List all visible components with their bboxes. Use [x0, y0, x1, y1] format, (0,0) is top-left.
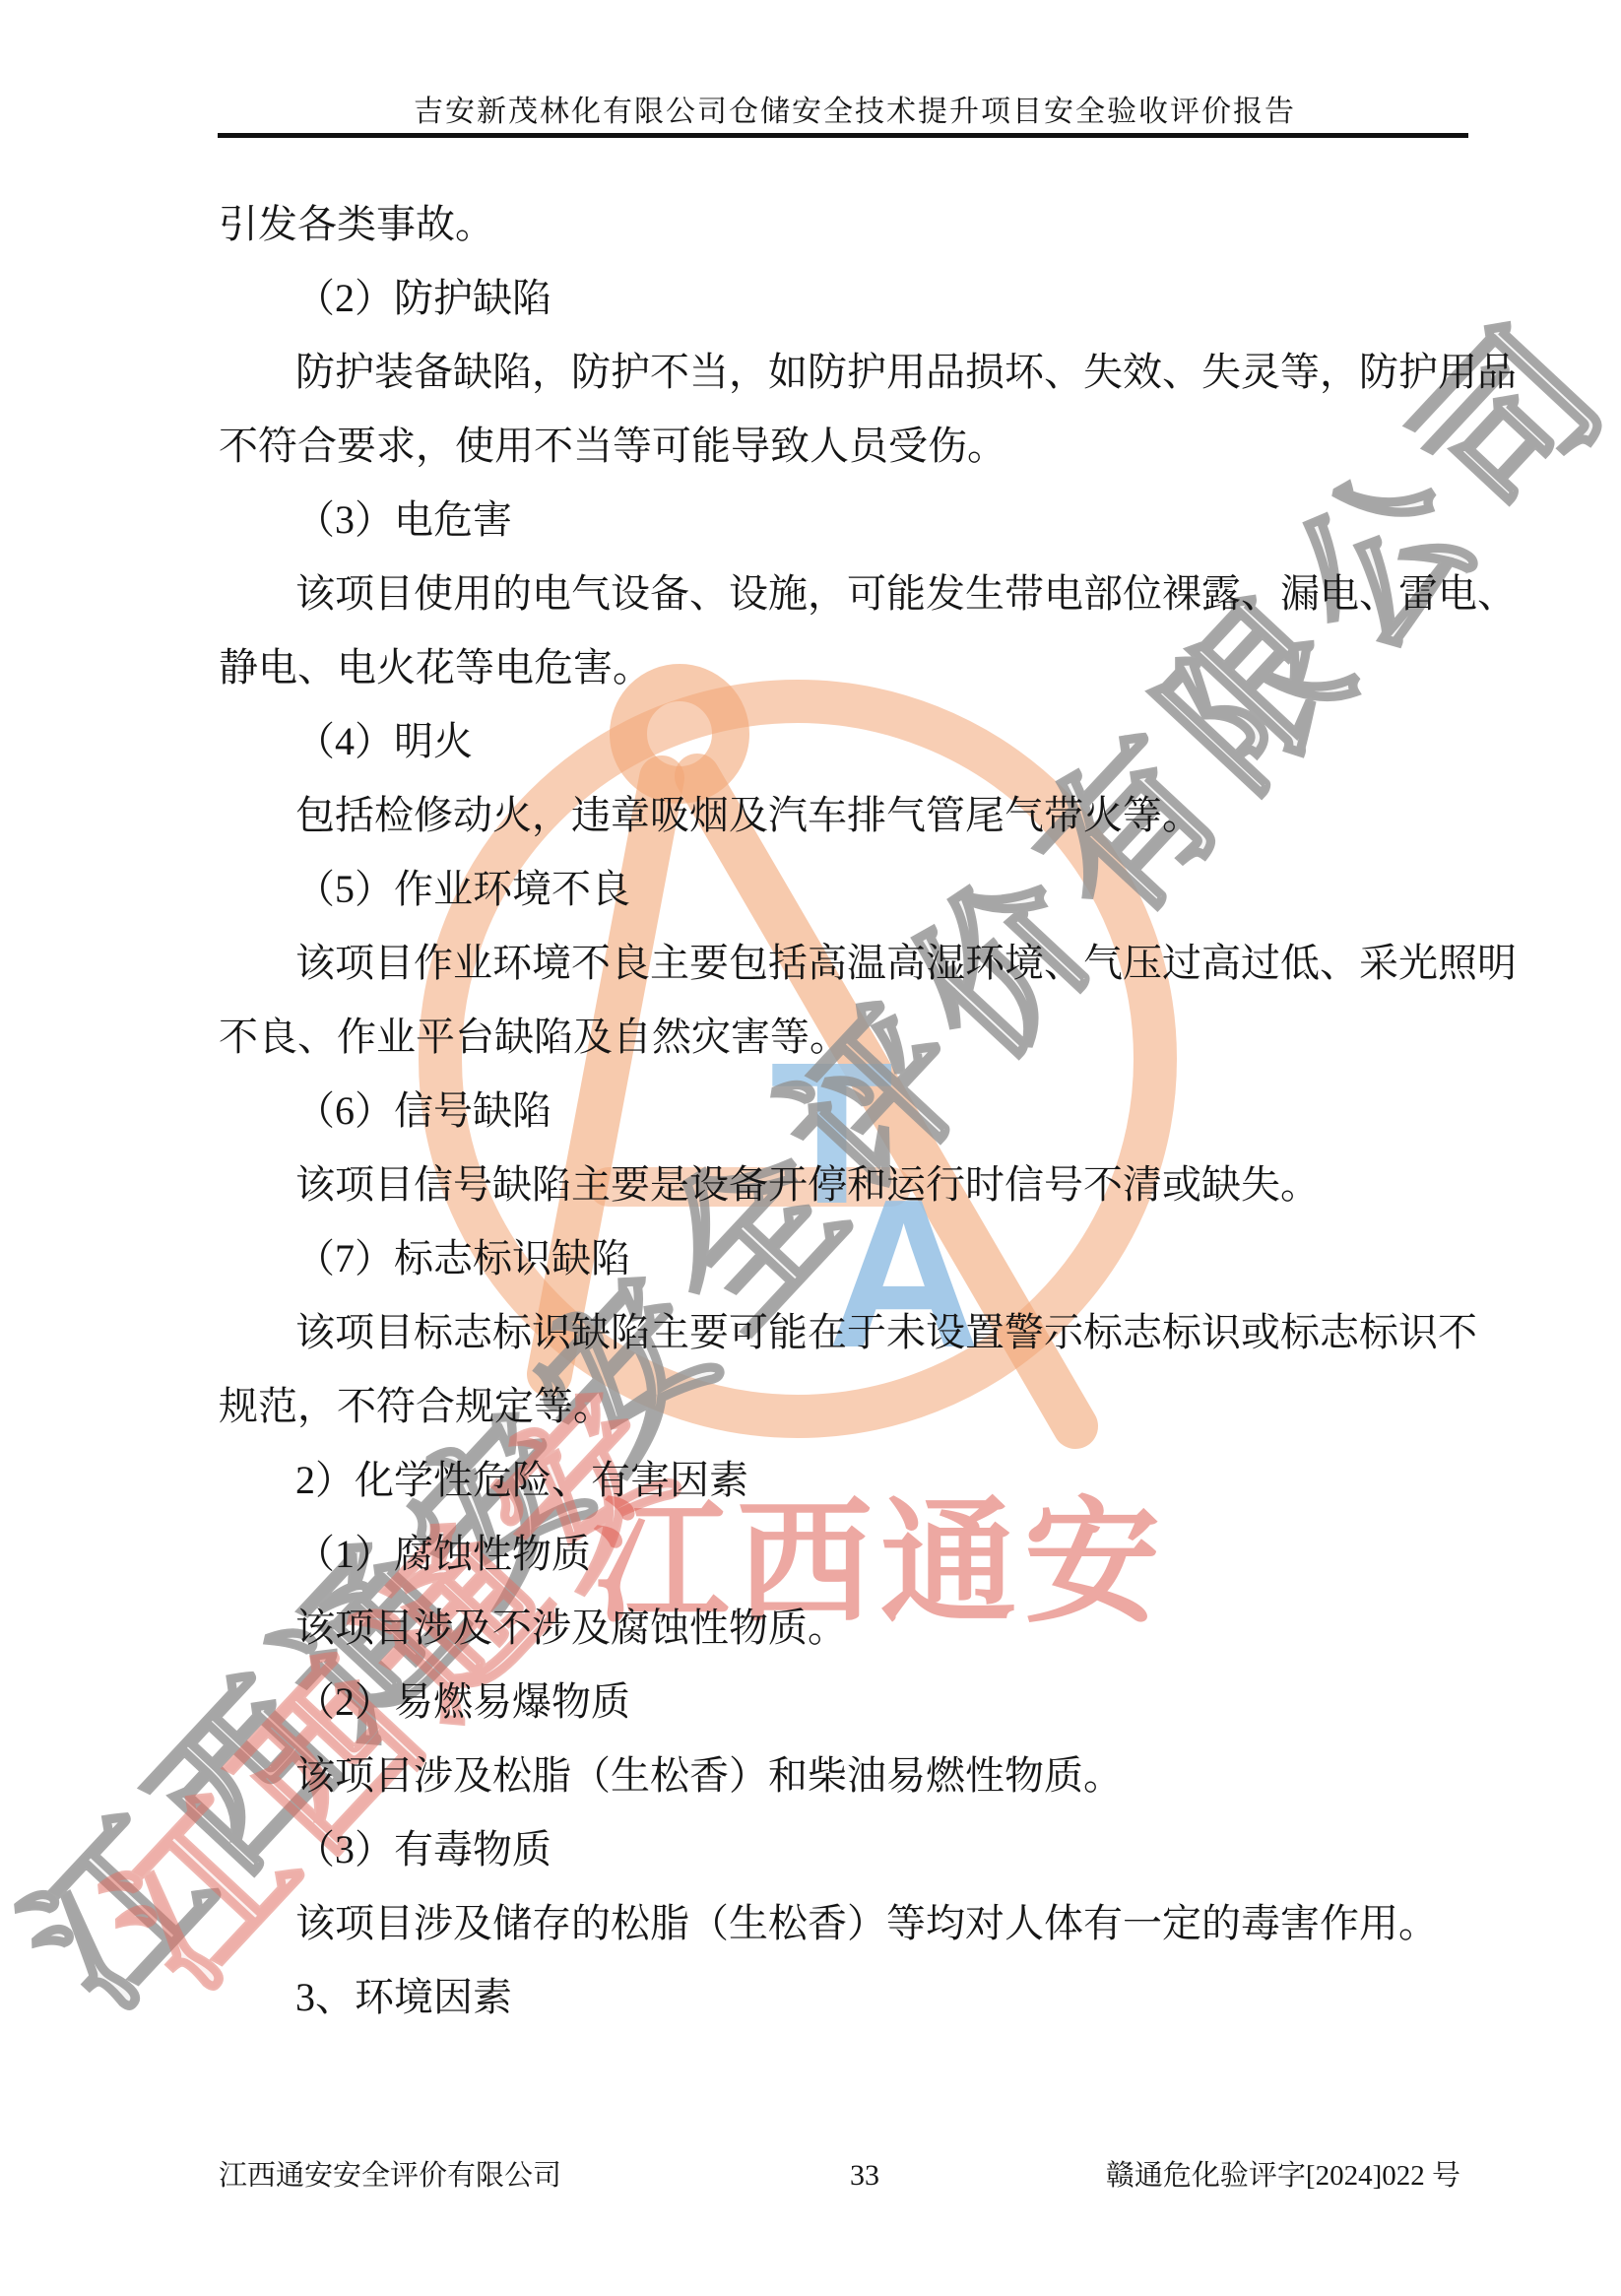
text-line: （5）作业环境不良	[219, 852, 1477, 926]
text-line: 该项目标志标识缺陷主要可能在于未设置警示标志标识或标志标识不	[219, 1295, 1477, 1369]
text-line: （2）防护缺陷	[219, 261, 1477, 335]
text-line: （1）腐蚀性物质	[219, 1517, 1477, 1591]
text-line: 不符合要求，使用不当等可能导致人员受伤。	[219, 409, 1477, 483]
text-line: 2）化学性危险、有害因素	[219, 1443, 1477, 1517]
document-page: T A 江西通安安全评价有限公司 江西通安 江西通安 吉安新茂林化有限公司仓储安…	[0, 0, 1621, 2296]
text-line: 该项目涉及不涉及腐蚀性物质。	[219, 1591, 1477, 1665]
body-text: 引发各类事故。 （2）防护缺陷 防护装备缺陷，防护不当，如防护用品损坏、失效、失…	[219, 187, 1477, 2034]
text-line: 该项目信号缺陷主要是设备开停和运行时信号不清或缺失。	[219, 1148, 1477, 1221]
text-line: （3）电危害	[219, 483, 1477, 557]
text-line: （4）明火	[219, 704, 1477, 778]
text-line: 该项目涉及松脂（生松香）和柴油易燃性物质。	[219, 1738, 1477, 1812]
page-footer: 江西通安安全评价有限公司 33 赣通危化验评字[2024]022 号	[0, 2157, 1621, 2197]
text-line: （6）信号缺陷	[219, 1074, 1477, 1148]
text-line: （3）有毒物质	[219, 1812, 1477, 1886]
text-line: （7）标志标识缺陷	[219, 1221, 1477, 1295]
header-rule	[218, 133, 1468, 138]
text-line: 该项目作业环境不良主要包括高温高湿环境、气压过高过低、采光照明	[219, 926, 1477, 1000]
text-line: 防护装备缺陷，防护不当，如防护用品损坏、失效、失灵等，防护用品	[219, 335, 1477, 409]
text-line: 静电、电火花等电危害。	[219, 630, 1477, 704]
text-line: 该项目涉及储存的松脂（生松香）等均对人体有一定的毒害作用。	[219, 1886, 1477, 1960]
text-line: 包括检修动火，违章吸烟及汽车排气管尾气带火等。	[219, 778, 1477, 852]
text-line: 3、环境因素	[219, 1960, 1477, 2034]
page-header-title: 吉安新茂林化有限公司仓储安全技术提升项目安全验收评价报告	[414, 95, 1296, 130]
text-line: 不良、作业平台缺陷及自然灾害等。	[219, 1000, 1477, 1074]
text-line: 规范，不符合规定等。	[219, 1369, 1477, 1443]
text-line: 该项目使用的电气设备、设施，可能发生带电部位裸露、漏电、雷电、	[219, 557, 1477, 630]
text-line: 引发各类事故。	[219, 187, 1477, 261]
text-line: （2）易燃易爆物质	[219, 1665, 1477, 1738]
footer-page-number: 33	[850, 2157, 879, 2195]
footer-document-number: 赣通危化验评字[2024]022 号	[1106, 2157, 1460, 2195]
footer-company-name: 江西通安安全评价有限公司	[219, 2157, 561, 2195]
